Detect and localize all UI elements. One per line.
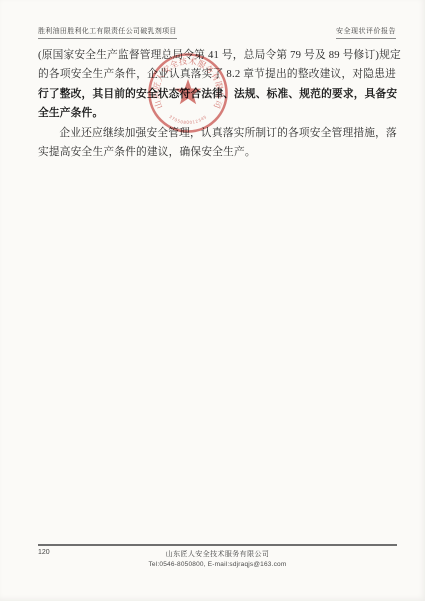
body-line-emphasis: 行了整改，其目前的安全状态符合法律、法规、标准、规范的要求，具备安 <box>38 85 396 104</box>
body-line: 实提高安全生产条件的建议，确保安全生产。 <box>38 143 396 162</box>
footer-contact-info: Tel:0546-8050800, E-mail:sdjraqjs@163.co… <box>38 561 397 568</box>
header-report-title: 安全现状评价报告 <box>336 26 396 39</box>
page-footer: 120 山东匠人安全技术服务有限公司 Tel:0546-8050800, E-m… <box>38 544 397 568</box>
page-header: 胜利油田胜利化工有限责任公司破乳剂项目 安全现状评价报告 <box>38 26 396 39</box>
body-line: (原国家安全生产监督管理总局令第 41 号，总局令第 79 号及 89 号修订)… <box>38 46 396 65</box>
body-line: 的各项安全生产条件，企业认真落实了 8.2 章节提出的整改建议，对隐患进 <box>38 65 396 84</box>
footer-company-name: 山东匠人安全技术服务有限公司 <box>38 549 397 559</box>
footer-divider <box>38 544 397 546</box>
document-page: 胜利油田胜利化工有限责任公司破乳剂项目 安全现状评价报告 (原国家安全生产监督管… <box>0 0 425 601</box>
body-text: (原国家安全生产监督管理总局令第 41 号，总局令第 79 号及 89 号修订)… <box>38 46 396 162</box>
body-line-emphasis: 全生产条件。 <box>38 104 396 123</box>
header-project-title: 胜利油田胜利化工有限责任公司破乳剂项目 <box>38 26 177 39</box>
body-line: 企业还应继续加强安全管理，认真落实所制订的各项安全管理措施，落 <box>38 124 396 143</box>
